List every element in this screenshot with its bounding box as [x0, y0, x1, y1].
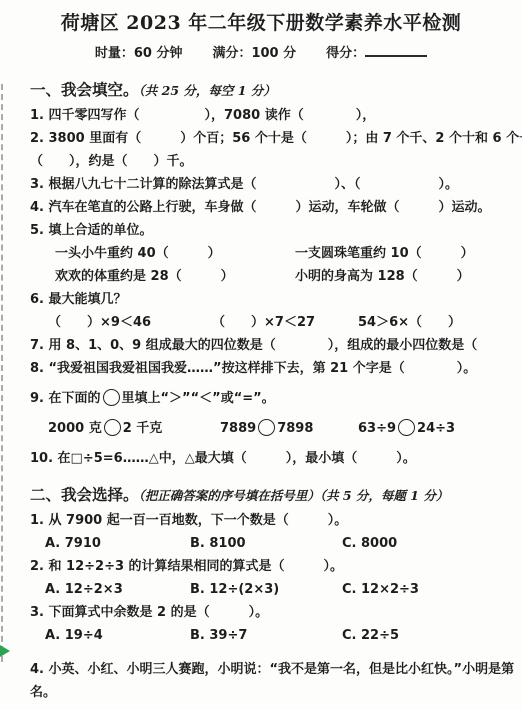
score-blank-line	[365, 44, 427, 57]
exam-body: 一、我会填空。（共 25 分，每空 1 分） 1. 四千零四写作（ ），7080…	[0, 78, 522, 700]
section1-heading: 一、我会填空。（共 25 分，每空 1 分）	[30, 78, 508, 100]
s1-question-6: 6. 最大能填几？	[30, 292, 508, 307]
section1-note: （共 25 分，每空 1 分）	[139, 83, 276, 98]
full-marks-label: 满分：100 分	[212, 42, 296, 61]
s2-q3-option-a: A. 19÷4	[45, 628, 190, 643]
page-title: 荷塘区 2023 年二年级下册数学素养水平检测	[0, 0, 522, 35]
s1-question-8: 8. “我爱祖国我爱祖国我爱……”按这样排下去，第 21 个字是（ ）。	[30, 361, 508, 376]
s1-question-5: 5. 填上合适的单位。	[30, 223, 508, 238]
s1-q9-cmp3-left: 63÷9	[358, 421, 396, 436]
s1-q5-row1: 一头小牛重约 40（ ） 一支圆珠笔重约 10（ ）	[30, 246, 508, 261]
s2-q3-option-c: C. 22÷5	[342, 628, 399, 643]
s2-q3-option-b: B. 39÷7	[190, 628, 342, 643]
s1-q5-item-weight: 欢欢的体重约是 28（ ）	[55, 269, 295, 284]
s1-q5-item-calf: 一头小牛重约 40（ ）	[55, 246, 295, 261]
s2-question-4-line2: 名。	[30, 685, 508, 700]
s1-question-10: 10. 在□÷5=6……△中，△最大填（ ），最小填（ ）。	[30, 451, 508, 466]
binding-edge-marks	[1, 84, 3, 662]
duration-label: 时量：60 分钟	[95, 42, 183, 61]
s1-q6-row: （ ）×9＜46 （ ）×7＜27 54＞6×（ ）	[30, 315, 508, 330]
s1-q9-comparison-1: 2000 克2 千克	[48, 419, 220, 438]
s1-q9-cmp2-right: 7898	[277, 421, 313, 436]
s2-question-4-line1: 4. 小英、小红、小明三人赛跑，小明说：“我不是第一名，但是比小红快。”小明是第…	[30, 662, 508, 677]
exam-meta: 时量：60 分钟 满分：100 分 得分：	[0, 42, 522, 61]
section2-note: （把正确答案的序号填在括号里）（共 5 分，每题 1 分）	[139, 488, 449, 503]
s2-question-1: 1. 从 7900 起一百一百地数，下一个数是（ ）。	[30, 513, 508, 528]
s1-q6-item-2: （ ）×7＜27	[212, 315, 358, 330]
s1-q6-item-1: （ ）×9＜46	[48, 315, 212, 330]
s2-q2-option-a: A. 12÷2×3	[45, 582, 190, 597]
s2-q2-option-c: C. 12×2÷3	[342, 582, 419, 597]
circle-blank-icon	[258, 419, 275, 436]
section2-heading-text: 二、我会选择。	[30, 486, 139, 504]
s1-q9-cmp1-right: 2 千克	[123, 421, 163, 436]
s1-q9-suffix: 里填上“＞”“＜”或“=”。	[122, 391, 275, 406]
s1-q9-cmp2-left: 7889	[220, 421, 256, 436]
s2-q1-option-c: C. 8000	[342, 536, 397, 551]
s2-q3-options: A. 19÷4 B. 39÷7 C. 22÷5	[30, 628, 508, 643]
s1-q9-comparison-2: 78897898	[220, 419, 358, 438]
s1-question-7: 7. 用 8、1、0、9 组成最大的四位数是（ ），组成的最小四位数是（ ）。	[30, 338, 508, 353]
section2-heading: 二、我会选择。（把正确答案的序号填在括号里）（共 5 分，每题 1 分）	[30, 483, 508, 505]
s1-q9-comparison-3: 63÷924÷3	[358, 419, 455, 438]
section1-heading-text: 一、我会填空。	[30, 81, 139, 99]
s2-q1-option-a: A. 7910	[45, 536, 190, 551]
s1-q5-item-pen: 一支圆珠笔重约 10（ ）	[295, 246, 474, 261]
circle-blank-icon	[103, 389, 120, 406]
score-label: 得分：	[326, 42, 427, 61]
s2-q1-options: A. 7910 B. 8100 C. 8000	[30, 536, 508, 551]
s1-q9-cmp3-right: 24÷3	[417, 421, 455, 436]
s1-q9-prefix: 9. 在下面的	[30, 391, 101, 406]
s1-question-3: 3. 根据八九七十二计算的除法算式是（ ）、（ ）。	[30, 177, 508, 192]
s1-q5-row2: 欢欢的体重约是 28（ ） 小明的身高为 128（ ）	[30, 269, 508, 284]
s2-question-2: 2. 和 12÷2÷3 的计算结果相同的算式是（ ）。	[30, 559, 508, 574]
green-marker-icon	[0, 645, 10, 657]
s1-question-2-line2: （ ），约是（ ）千。	[30, 154, 508, 169]
s1-q9-cmp1-left: 2000 克	[48, 421, 102, 436]
s2-question-3: 3. 下面算式中余数是 2 的是（ ）。	[30, 605, 508, 620]
s1-question-1: 1. 四千零四写作（ ），7080 读作（ ），	[30, 108, 508, 123]
s1-question-9: 9. 在下面的里填上“＞”“＜”或“=”。	[30, 389, 508, 406]
circle-blank-icon	[398, 419, 415, 436]
s1-question-4: 4. 汽车在笔直的公路上行驶，车身做（ ）运动，车轮做（ ）运动。	[30, 200, 508, 215]
exam-paper-page: 荷塘区 2023 年二年级下册数学素养水平检测 时量：60 分钟 满分：100 …	[0, 0, 522, 710]
circle-blank-icon	[104, 419, 121, 436]
s1-question-2-line1: 2. 3800 里面有（ ）个百；56 个十是（ ）；由 7 个千、2 个十和 …	[30, 131, 508, 146]
s2-q2-option-b: B. 12÷(2×3)	[190, 582, 342, 597]
s2-q1-option-b: B. 8100	[190, 536, 342, 551]
s1-q5-item-height: 小明的身高为 128（ ）	[295, 269, 470, 284]
s2-q2-options: A. 12÷2×3 B. 12÷(2×3) C. 12×2÷3	[30, 582, 508, 597]
s1-q9-comparisons: 2000 克2 千克 78897898 63÷924÷3	[30, 419, 508, 438]
s1-q6-item-3: 54＞6×（ ）	[358, 315, 461, 330]
score-label-text: 得分：	[326, 46, 365, 61]
